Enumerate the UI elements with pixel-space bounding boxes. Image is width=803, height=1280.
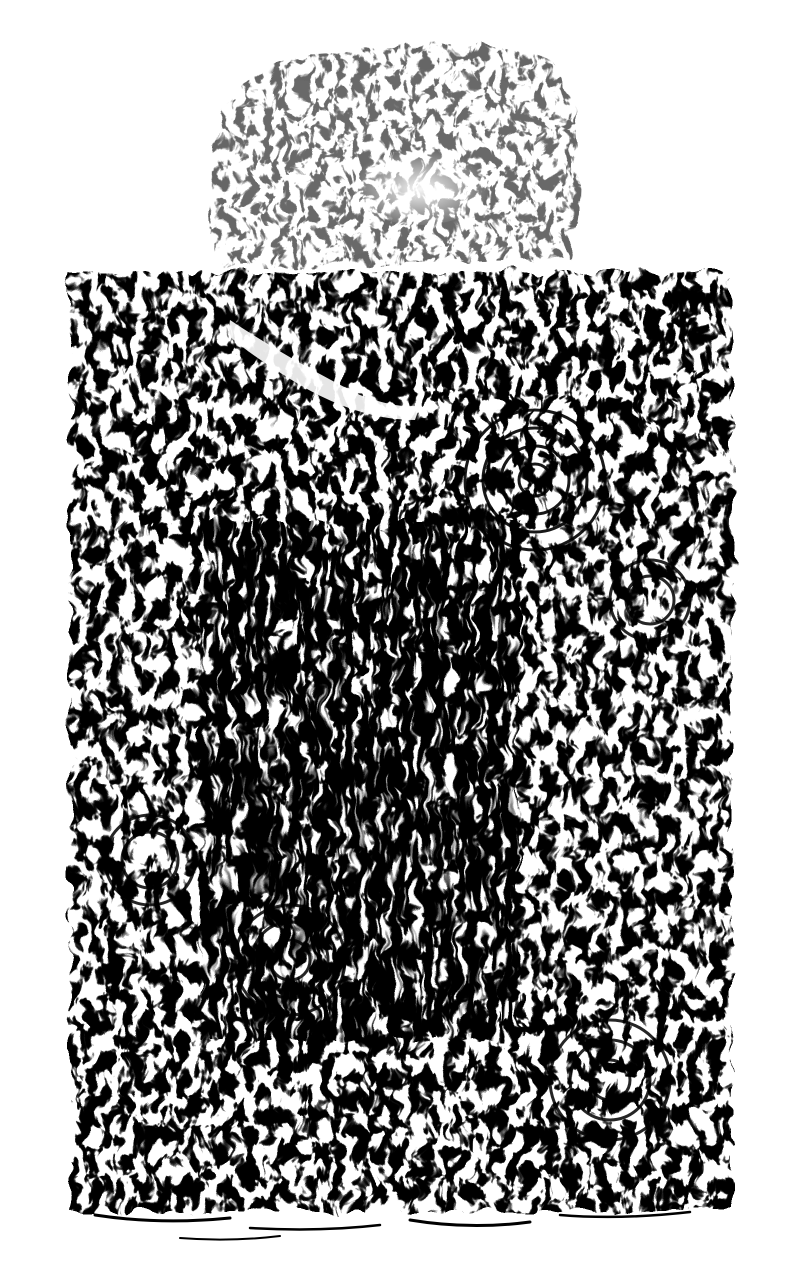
artwork-print — [0, 0, 803, 1280]
gray-cloud-open-center — [350, 145, 490, 225]
